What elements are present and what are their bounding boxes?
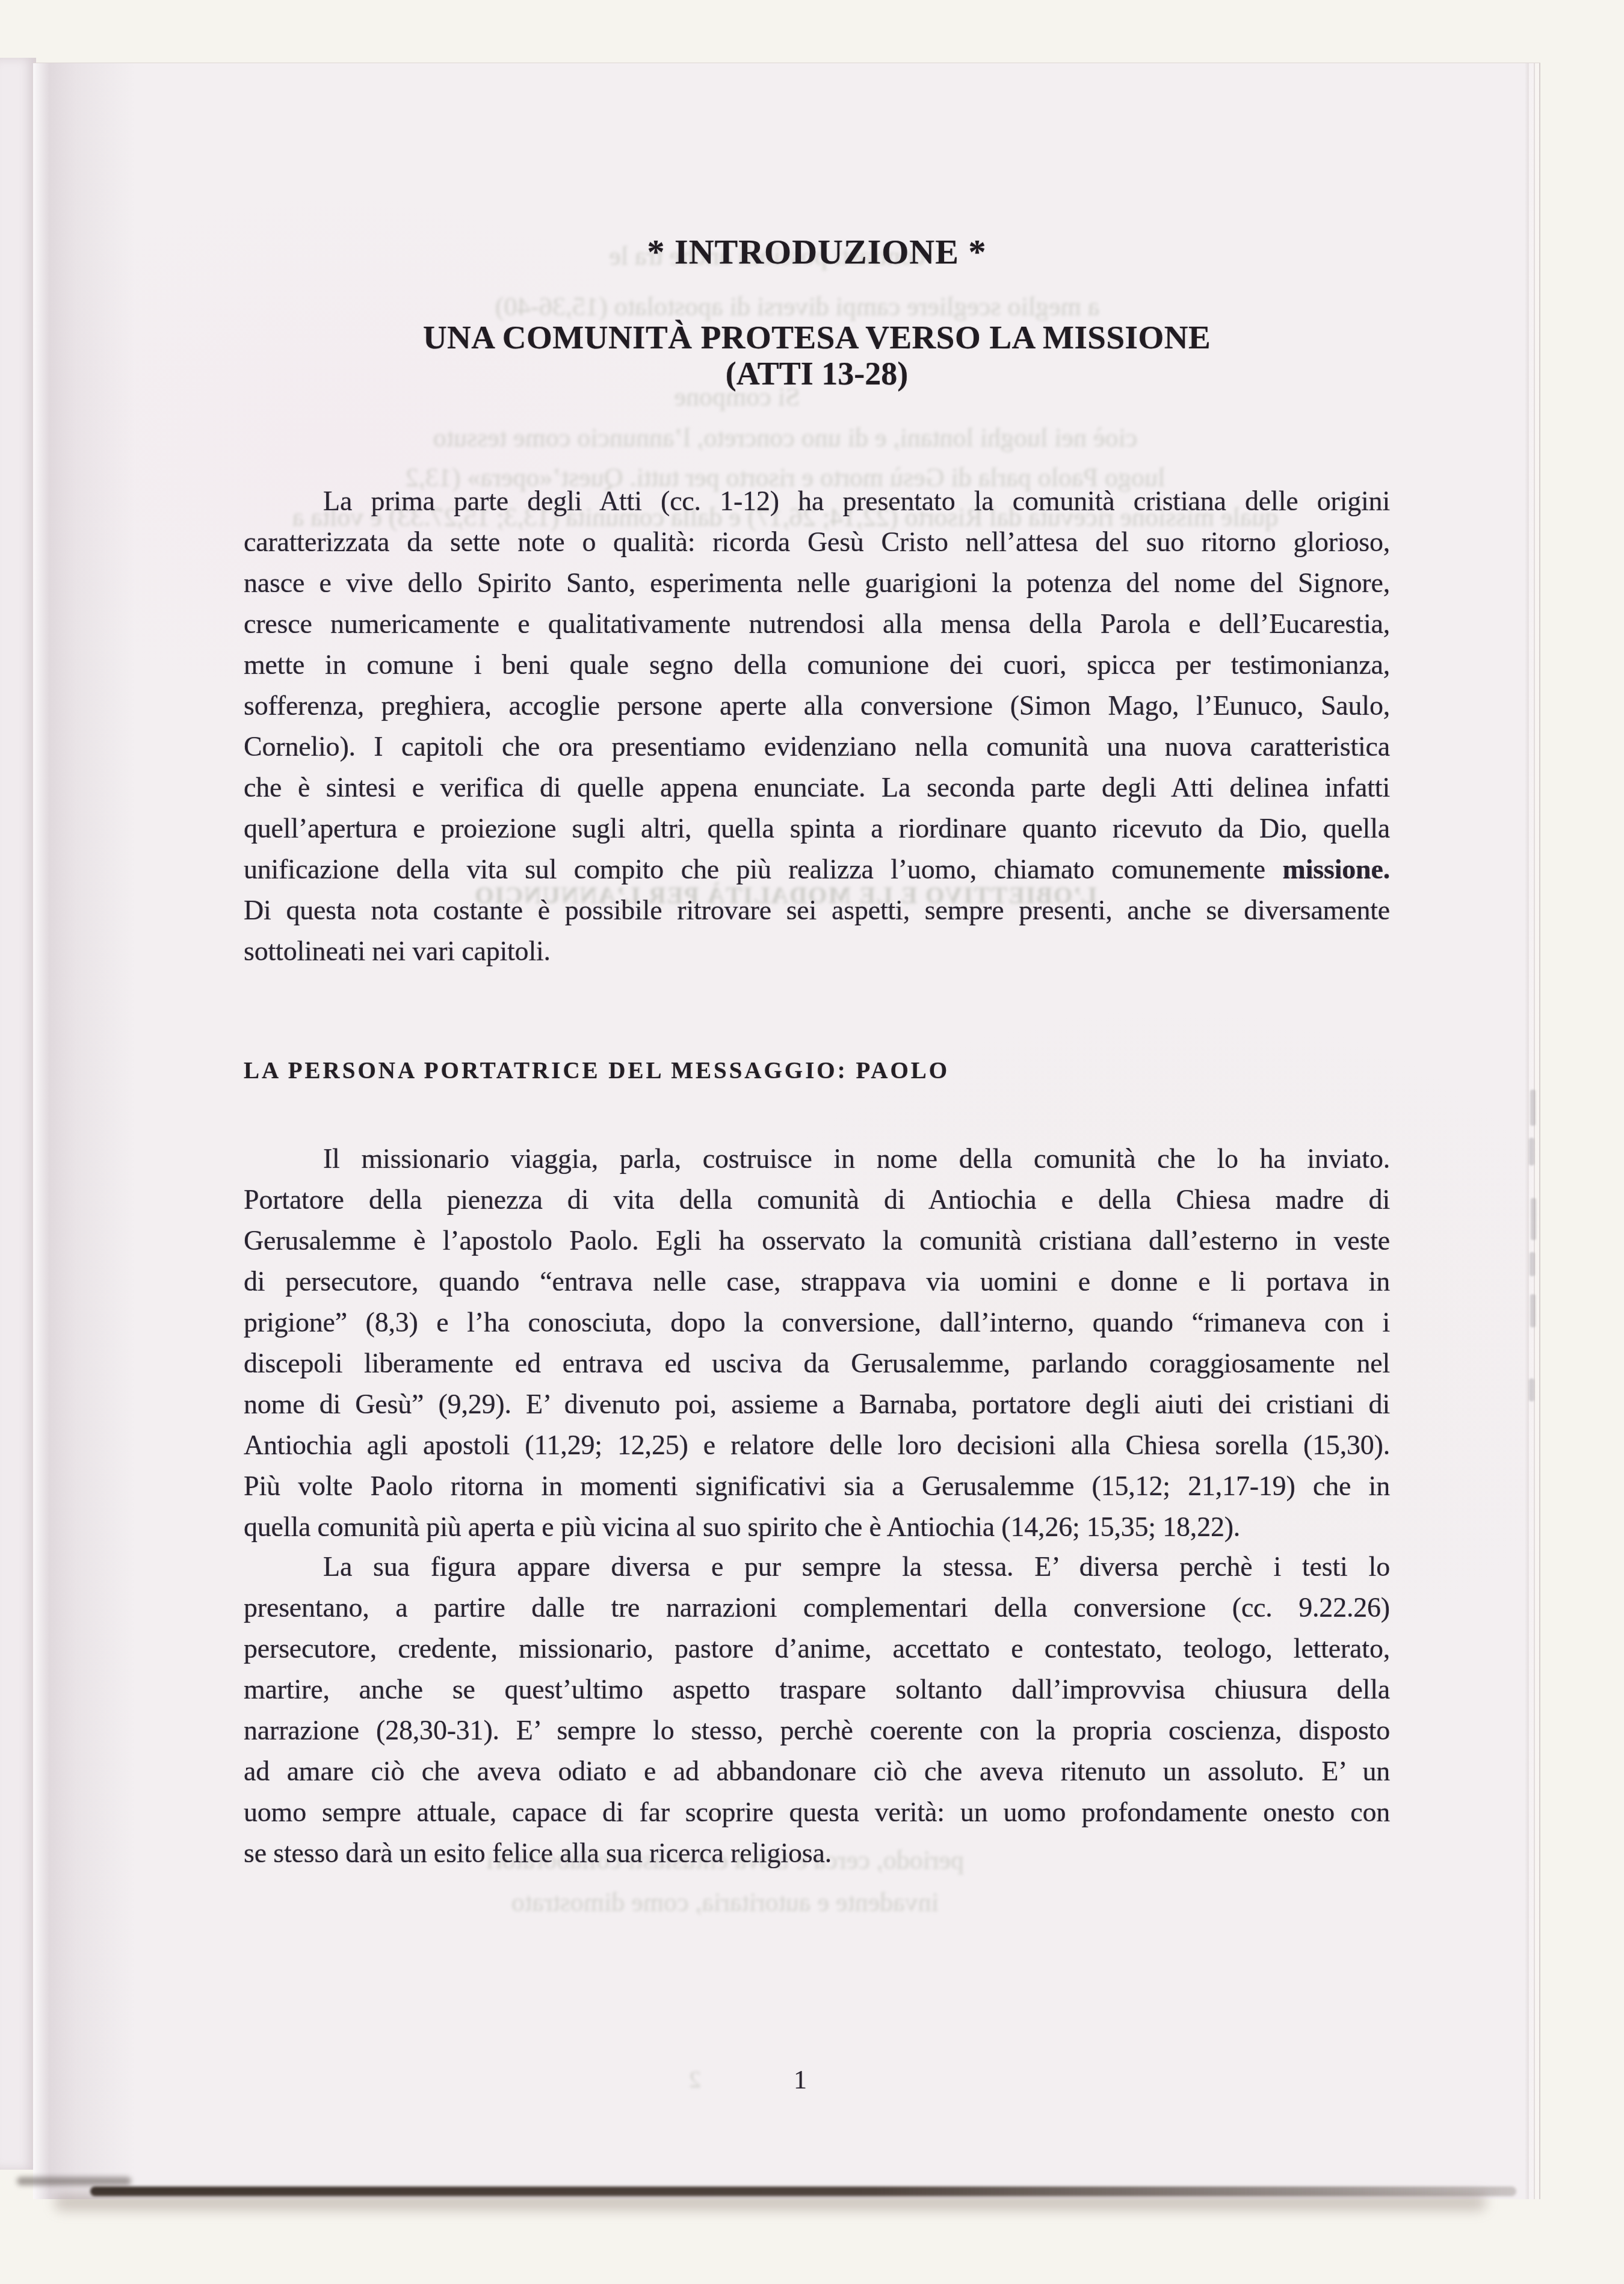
- text-line: se stesso darà un esito felice alla sua …: [244, 1833, 1390, 1874]
- spine-fold-shadow: [33, 63, 135, 2199]
- text-line: prigione” (8,3) e l’ha conosciuta, dopo …: [244, 1302, 1390, 1343]
- paragraph-1: La prima parte degli Atti (cc. 1-12) ha …: [244, 481, 1390, 972]
- paragraph-2: Il missionario viaggia, parla, costruisc…: [244, 1138, 1390, 1548]
- text-line: uomo sempre attuale, capace di far scopr…: [244, 1792, 1390, 1833]
- document-page: contrasti possibili anche tra le a megli…: [33, 63, 1540, 2199]
- text-line: discepoli liberamente ed entrava ed usci…: [244, 1343, 1390, 1384]
- text-line: persecutore, credente, missionario, past…: [244, 1628, 1390, 1669]
- edge-smudge: [1529, 1138, 1534, 1165]
- page-right-edge: [1525, 63, 1540, 2199]
- text-line: Più volte Paolo ritorna in momenti signi…: [244, 1466, 1390, 1507]
- bold-word-missione: missione.: [1283, 854, 1390, 884]
- text-line: ad amare ciò che aveva odiato e ad abban…: [244, 1751, 1390, 1792]
- text-line: sofferenza, preghiera, accoglie persone …: [244, 685, 1390, 726]
- text-line: La prima parte degli Atti (cc. 1-12) ha …: [244, 481, 1390, 522]
- page-title-subtitle: (ATTI 13-28): [244, 353, 1390, 394]
- bleedthrough-text: invadente e autoritaria, come dimostrato: [214, 1887, 1237, 1918]
- text-line: Gerusalemme è l’apostolo Paolo. Egli ha …: [244, 1220, 1390, 1261]
- text-line: unificazione della vita sul compito che …: [244, 849, 1390, 890]
- bleedthrough-text: 2: [659, 2064, 731, 2094]
- text-line: cresce numericamente e qualitativamente …: [244, 603, 1390, 644]
- text-line: nasce e vive dello Spirito Santo, esperi…: [244, 563, 1390, 603]
- text-line: di persecutore, quando “entrava nelle ca…: [244, 1261, 1390, 1302]
- text-line: quell’apertura e proiezione sugli altri,…: [244, 808, 1390, 849]
- page-bottom-shadow-soft: [54, 2194, 1486, 2211]
- text-line: Cornelio). I capitoli che ora presentiam…: [244, 726, 1390, 767]
- edge-smudge: [1529, 1378, 1534, 1401]
- edge-smudge: [1530, 1294, 1536, 1327]
- paragraph-3: La sua figura appare diversa e pur sempr…: [244, 1546, 1390, 1874]
- edge-smudge: [1530, 1090, 1536, 1126]
- text-line: Di questa nota costante è possibile ritr…: [244, 890, 1390, 931]
- text-line: Antiochia agli apostoli (11,29; 12,25) e…: [244, 1425, 1390, 1466]
- page-title-main: UNA COMUNITÀ PROTESA VERSO LA MISSIONE: [244, 317, 1390, 358]
- text-span: unificazione della vita sul compito che …: [244, 854, 1283, 884]
- text-line: La sua figura appare diversa e pur sempr…: [244, 1546, 1390, 1587]
- text-line: sottolineati nei vari capitoli.: [244, 931, 1390, 972]
- text-line: martire, anche se quest’ultimo aspetto t…: [244, 1669, 1390, 1710]
- scanned-document-canvas: { "page": { "titles": { "star": "* INTRO…: [0, 0, 1624, 2284]
- edge-smudge: [1531, 1198, 1536, 1240]
- bleedthrough-text: cioè nei luoghi lontani, e di uno concre…: [214, 423, 1357, 453]
- text-line: mette in comune i beni quale segno della…: [244, 644, 1390, 685]
- section-heading-paolo: LA PERSONA PORTATRICE DEL MESSAGGIO: PAO…: [244, 1056, 1390, 1086]
- page-number: 1: [770, 2065, 830, 2095]
- text-line: narrazione (28,30-31). E’ sempre lo stes…: [244, 1710, 1390, 1751]
- page-title-introduction: * INTRODUZIONE *: [244, 232, 1390, 273]
- text-line: caratterizzata da sette note o qualità: …: [244, 522, 1390, 563]
- under-page-edge: [0, 58, 36, 2170]
- text-line: Portatore della pienezza di vita della c…: [244, 1179, 1390, 1220]
- text-line: Il missionario viaggia, parla, costruisc…: [244, 1138, 1390, 1179]
- text-line: presentano, a partire dalle tre narrazio…: [244, 1587, 1390, 1628]
- text-line: quella comunità più aperta e più vicina …: [244, 1507, 1390, 1548]
- text-line: che è sintesi e verifica di quelle appen…: [244, 767, 1390, 808]
- edge-smudge: [1530, 1252, 1535, 1276]
- text-line: nome di Gesù” (9,29). E’ divenuto poi, a…: [244, 1384, 1390, 1425]
- page-bottom-shadow-left: [17, 2177, 131, 2185]
